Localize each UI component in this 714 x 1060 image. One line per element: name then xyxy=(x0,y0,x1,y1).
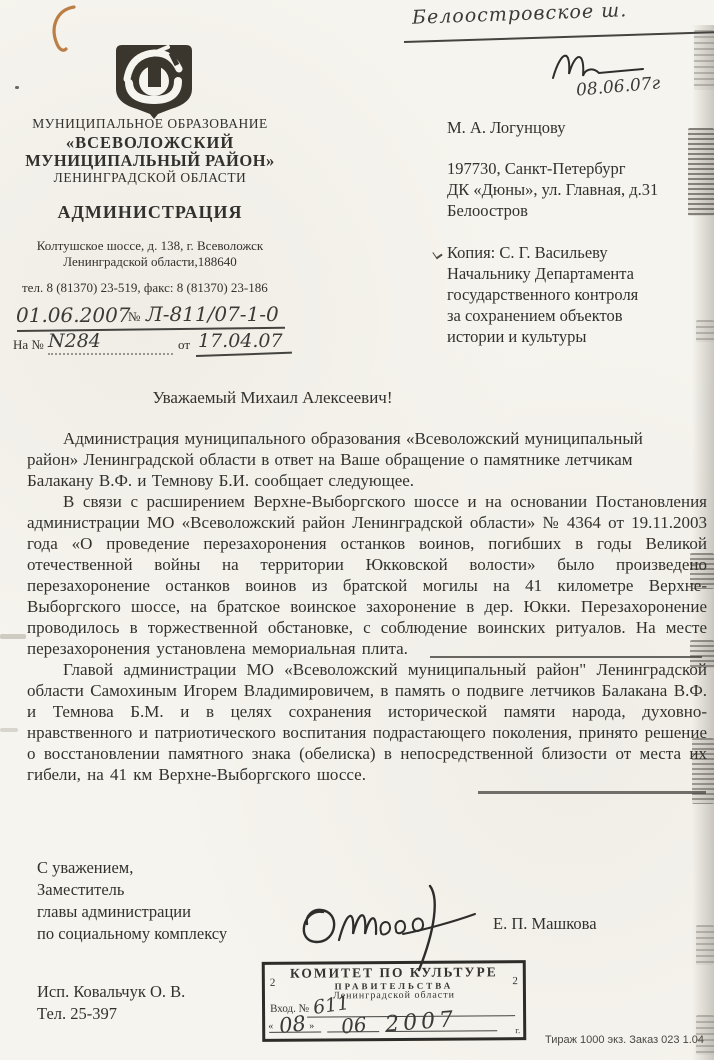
stamp-month-handwritten: 06 xyxy=(340,1012,368,1038)
recipient-name: М. А. Логунцову xyxy=(447,118,566,138)
scan-streak xyxy=(0,728,18,732)
stamp-side-left: 2 xyxy=(270,977,276,989)
org-address-line1: Колтушское шоссе, д. 138, г. Всеволожск xyxy=(5,238,295,254)
stamp-org-line3: Ленинградской области xyxy=(265,989,523,1002)
copy-recipient-line3: государственного контроля xyxy=(447,285,638,305)
recipient-address-line2: ДК «Дюны», ул. Главная, д.31 xyxy=(447,180,658,200)
scan-streak xyxy=(696,320,714,342)
scan-streak xyxy=(0,634,26,639)
reply-date-underline xyxy=(196,352,292,357)
copy-recipient-line1: Копия: С. Г. Васильеву xyxy=(447,243,608,263)
org-name-line4: ЛЕНИНГРАДСКОЙ ОБЛАСТИ xyxy=(5,170,295,186)
handwritten-underline xyxy=(404,31,714,42)
org-name-line1: МУНИЦИПАЛЬНОЕ ОБРАЗОВАНИЕ xyxy=(5,116,295,132)
department-title: АДМИНИСТРАЦИЯ xyxy=(5,202,295,223)
pen-mark xyxy=(44,4,88,56)
reply-number-handwritten: N284 xyxy=(48,330,101,352)
scan-streak xyxy=(694,30,714,90)
from-label: от xyxy=(178,337,190,353)
closing-line4: по социальному комплексу xyxy=(37,924,227,944)
org-name-line2: «ВСЕВОЛОЖСКИЙ xyxy=(5,133,295,153)
closing-line2: Заместитель xyxy=(37,880,124,900)
closing-line1: С уважением, xyxy=(37,858,133,878)
copy-recipient-line2: Начальнику Департамента xyxy=(447,264,634,284)
scan-streak xyxy=(478,791,706,794)
coat-of-arms-icon xyxy=(113,43,195,119)
org-address-line2: Ленинградской области,188640 xyxy=(5,254,295,270)
org-name-line3: МУНИЦИПАЛЬНЫЙ РАЙОН» xyxy=(5,151,295,171)
scanned-letter-page: Белоостровское ш. 08.06.07г МУНИЦИПАЛЬНО… xyxy=(0,0,714,1060)
stamp-quote-open: « xyxy=(268,1021,273,1032)
copy-recipient-line4: за сохранением объектов xyxy=(447,306,623,326)
reply-number-line xyxy=(48,353,173,355)
body-paragraph-1: Администрация муниципального образования… xyxy=(27,428,672,491)
executor-name: Исп. Ковальчук О. В. xyxy=(37,982,185,1002)
stamp-date-line2 xyxy=(327,1031,379,1033)
stamp-org-line1: КОМИТЕТ ПО КУЛЬТУРЕ xyxy=(265,964,523,982)
body-paragraph-3: Главой администрации МО «Всеволожский му… xyxy=(27,659,707,785)
body-paragraph-2: В связи с расширением Верхне-Выборгского… xyxy=(27,491,707,659)
executor-phone: Тел. 25-397 xyxy=(37,1004,117,1024)
copy-recipient-line5: истории и культуры xyxy=(447,327,586,347)
incoming-registration-stamp: КОМИТЕТ ПО КУЛЬТУРЕ ПРАВИТЕЛЬСТВА Ленинг… xyxy=(262,960,527,1042)
org-phone-line: тел. 8 (81370) 23-519, факс: 8 (81370) 2… xyxy=(22,280,322,296)
print-info: Тираж 1000 экз. Заказ 023 1.04 xyxy=(545,1034,704,1046)
salutation: Уважаемый Михаил Алексеевич! xyxy=(0,388,545,408)
scan-streak xyxy=(688,128,714,216)
outgoing-date-handwritten: 01.06.2007 xyxy=(16,303,131,327)
handwritten-tick xyxy=(432,249,442,260)
signer-signature xyxy=(293,872,493,972)
outgoing-number-handwritten: Л-811/07-1-0 xyxy=(146,302,279,326)
stamp-date-line1 xyxy=(269,1032,321,1034)
stamp-year-suffix: г. xyxy=(515,1025,520,1035)
scan-streak xyxy=(696,925,714,965)
stamp-quote-close: » xyxy=(309,1021,314,1032)
stamp-side-right: 2 xyxy=(512,975,518,987)
recipient-address-line1: 197730, Санкт-Петербург xyxy=(447,159,625,179)
recipient-address-line3: Белоостров xyxy=(447,201,528,221)
closing-line3: главы администрации xyxy=(37,902,191,922)
reply-date-handwritten: 17.04.07 xyxy=(198,330,283,352)
signer-name: Е. П. Машкова xyxy=(493,914,597,934)
number-sign-label: № xyxy=(128,309,140,325)
reply-to-label: На № xyxy=(13,337,44,353)
scan-speck xyxy=(15,86,19,89)
handwritten-note: Белоостровское ш. xyxy=(412,0,628,29)
stamp-year-handwritten: 2007 xyxy=(384,1007,458,1037)
stamp-day-handwritten: 08 xyxy=(278,1011,307,1038)
